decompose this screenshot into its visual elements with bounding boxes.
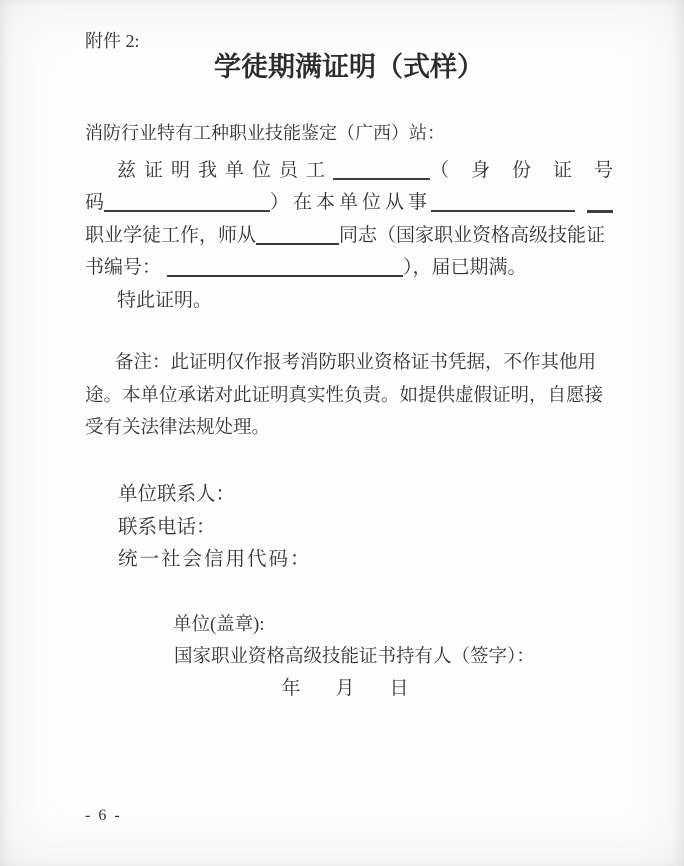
page-number: - 6 - — [85, 802, 613, 830]
unit-seal-label: 单位(盖章): — [173, 611, 684, 639]
certificate-number-blank — [167, 275, 403, 277]
body-line-1-text: 兹证明我单位员工 — [117, 157, 333, 185]
closing-line: 特此证明。 — [85, 287, 613, 315]
employee-name-blank — [333, 178, 430, 180]
body-line-2-mid: ）在本单位从事 — [270, 189, 431, 217]
note-line-2: 途。本单位承诺对此证明真实性负责。如提供虚假证明，自愿接 — [85, 382, 613, 410]
body-line-2-text: 码 — [85, 189, 104, 217]
body-line-4-tail: ），届已期满。 — [403, 254, 527, 282]
note-line-1: 备注：此证明仅作报考消防职业资格证书凭据，不作其他用 — [85, 349, 613, 377]
id-number-blank — [104, 210, 270, 212]
body-line-3-text: 职业学徒工作，师从 — [85, 222, 256, 250]
body-line-3: 职业学徒工作，师从 同志（国家职业资格高级技能证 — [85, 222, 613, 250]
body-line-1-tail: （身份证号 — [430, 157, 635, 185]
closing-text: 特此证明。 — [117, 287, 212, 315]
body-line-2: 码 ）在本单位从事 — [85, 189, 613, 217]
document-page: 附件 2: 学徒期满证明（式样） 消防行业特有工种职业技能鉴定（广西）站： 兹证… — [0, 0, 684, 866]
contact-person-label: 单位联系人： — [118, 481, 646, 509]
body-line-1: 兹证明我单位员工 （身份证号 — [85, 157, 613, 185]
body-line-3-tail: 同志（国家职业资格高级技能证 — [339, 222, 605, 250]
credit-code-label: 统一社会信用代码： — [118, 546, 646, 574]
contact-phone-label: 联系电话： — [118, 514, 646, 542]
body-line-4-text: 书编号： — [85, 254, 161, 282]
occupation-blank-tail — [587, 210, 613, 213]
salutation-line: 消防行业特有工种职业技能鉴定（广西）站： — [85, 119, 613, 147]
note-line-3: 受有关法律法规处理。 — [85, 414, 613, 442]
document-title: 学徒期满证明（式样） — [85, 50, 613, 86]
certificate-holder-signature-label: 国家职业资格高级技能证书持有人（签字）： — [174, 643, 624, 671]
date-line: 年 月 日 — [85, 675, 613, 703]
mentor-name-blank — [256, 243, 339, 245]
note-line-1-text: 备注：此证明仅作报考消防职业资格证书凭据，不作其他用 — [115, 349, 596, 377]
occupation-blank — [431, 210, 575, 212]
body-line-4: 书编号： ），届已期满。 — [85, 254, 613, 282]
